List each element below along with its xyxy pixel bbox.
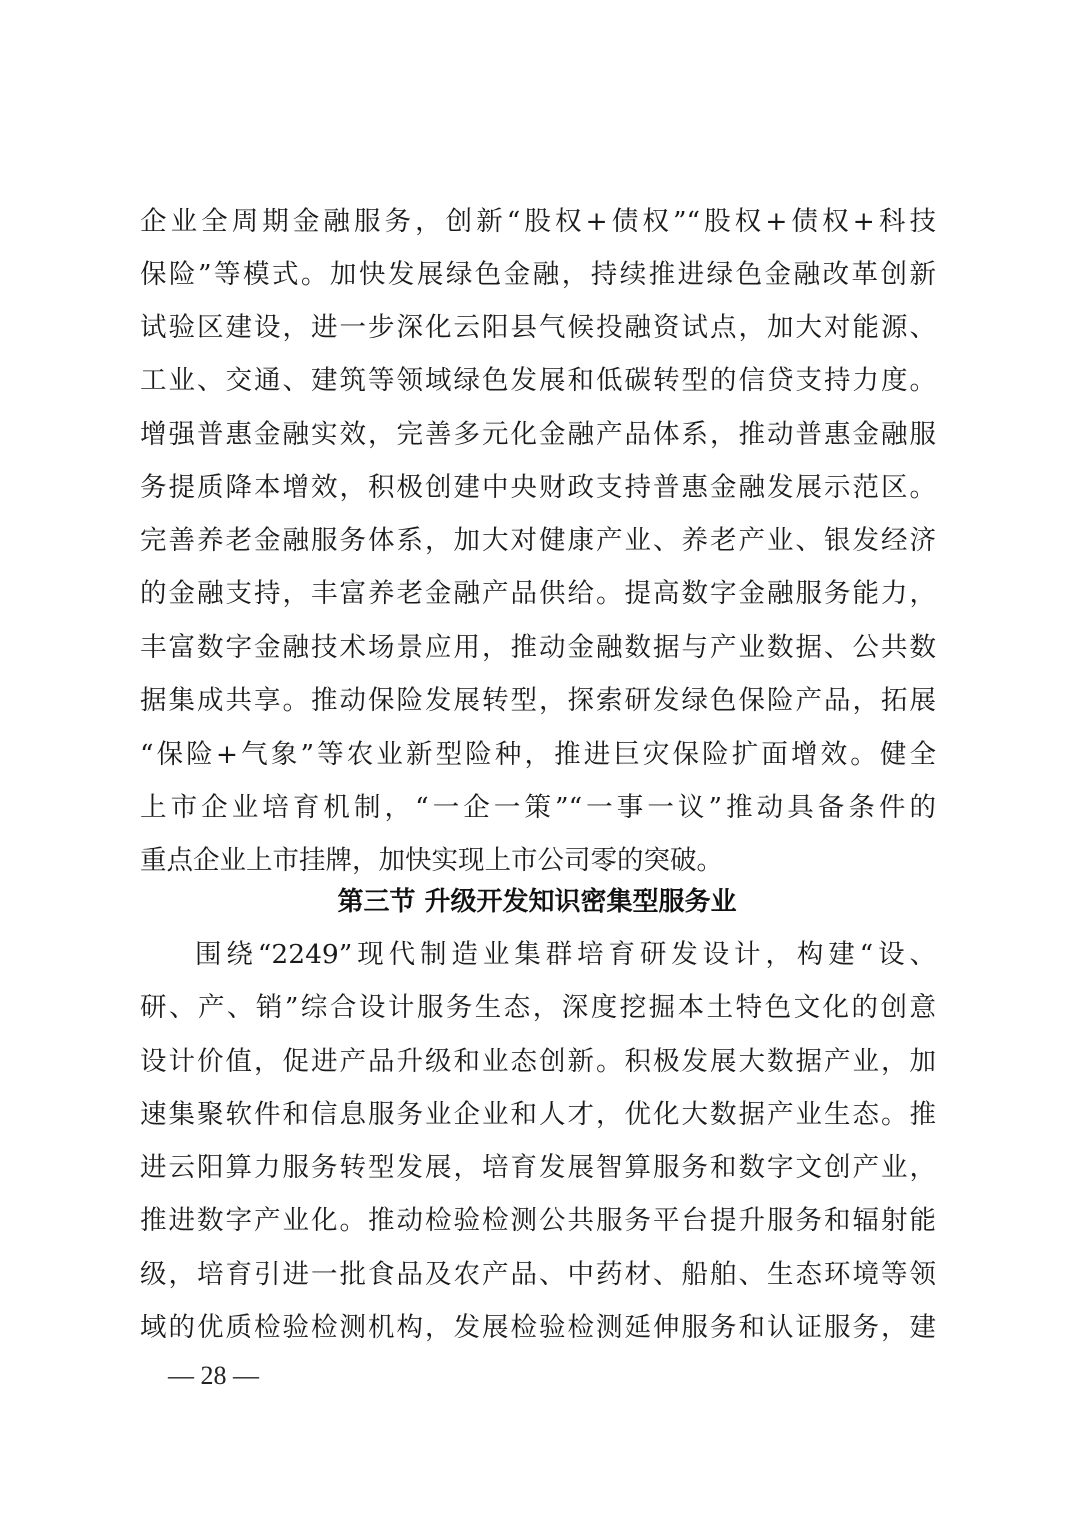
paragraph-1-line: “保险+气象”等农业新型险种，推进巨灾保险扩面增效。健全 [140,737,936,773]
document-page: 企业全周期金融服务，创新“股权+债权”“股权+债权+科技 保险”等模式。加快发展… [0,0,1074,1520]
paragraph-2-line: 域的优质检验检测机构，发展检验检测延伸服务和认证服务，建 [140,1310,936,1346]
paragraph-2-line: 级，培育引进一批食品及农产品、中药材、船舶、生态环境等领 [140,1257,936,1293]
paragraph-2-line: 速集聚软件和信息服务业企业和人才，优化大数据产业生态。推 [140,1097,936,1133]
section-heading: 第三节 升级开发知识密集型服务业 [0,884,1074,920]
paragraph-2-line: 进云阳算力服务转型发展，培育发展智算服务和数字文创产业， [140,1150,936,1186]
paragraph-1-line: 完善养老金融服务体系，加大对健康产业、养老产业、银发经济 [140,523,936,559]
paragraph-1-line: 保险”等模式。加快发展绿色金融，持续推进绿色金融改革创新 [140,257,936,293]
paragraph-1-line: 据集成共享。推动保险发展转型，探索研发绿色保险产品，拓展 [140,683,936,719]
paragraph-1-line: 试验区建设，进一步深化云阳县气候投融资试点，加大对能源、 [140,310,936,346]
paragraph-1-line: 务提质降本增效，积极创建中央财政支持普惠金融发展示范区。 [140,470,936,506]
paragraph-1-line: 的金融支持，丰富养老金融产品供给。提高数字金融服务能力， [140,576,936,612]
paragraph-1-line: 重点企业上市挂牌，加快实现上市公司零的突破。 [140,843,936,879]
paragraph-2-line: 研、产、销”综合设计服务生态，深度挖掘本土特色文化的创意 [140,990,936,1026]
paragraph-1-line: 企业全周期金融服务，创新“股权+债权”“股权+债权+科技 [140,204,936,240]
paragraph-2-line: 设计价值，促进产品升级和业态创新。积极发展大数据产业，加 [140,1044,936,1080]
paragraph-1-line: 上市企业培育机制，“一企一策”“一事一议”推动具备条件的 [140,790,936,826]
paragraph-2-line: 围绕“2249”现代制造业集群培育研发设计，构建“设、 [195,937,936,973]
paragraph-2-line: 推进数字产业化。推动检验检测公共服务平台提升服务和辐射能 [140,1203,936,1239]
paragraph-1-line: 工业、交通、建筑等领域绿色发展和低碳转型的信贷支持力度。 [140,363,936,399]
page-number: — 28 — [168,1360,259,1392]
paragraph-1-line: 增强普惠金融实效，完善多元化金融产品体系，推动普惠金融服 [140,417,936,453]
paragraph-1-line: 丰富数字金融技术场景应用，推动金融数据与产业数据、公共数 [140,630,936,666]
